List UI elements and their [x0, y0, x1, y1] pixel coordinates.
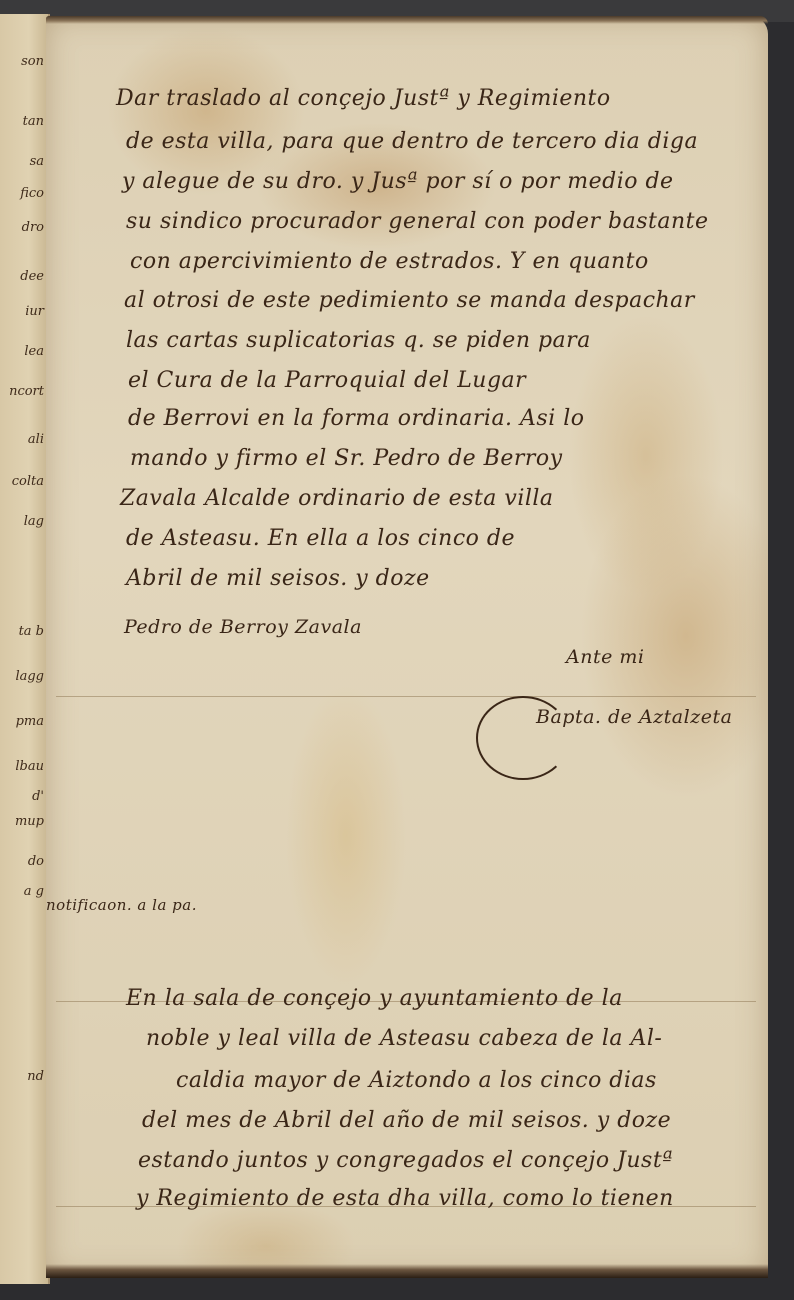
- margin-fragment: pma: [0, 714, 48, 729]
- margin-fragment: ali: [0, 432, 48, 447]
- margin-note: notificaon. a la pa.: [46, 896, 197, 914]
- text-line: y Regimiento de esta dha villa, como lo …: [136, 1186, 674, 1211]
- document-viewer: son tan sa fico dro dee iur lea ncort al…: [0, 0, 794, 1300]
- text-line: de Asteasu. En ella a los cinco de: [126, 526, 515, 551]
- margin-fragment: lagg: [0, 669, 48, 684]
- signature-flourish: [476, 696, 570, 780]
- margin-fragment: fico: [0, 186, 48, 201]
- text-line: caldia mayor de Aiztondo a los cinco dia…: [176, 1068, 657, 1093]
- text-line: el Cura de la Parroquial del Lugar: [128, 368, 526, 393]
- text-line: Abril de mil seisos. y doze: [126, 566, 430, 591]
- margin-fragment: nd: [0, 1069, 48, 1084]
- margin-fragment: dro: [0, 220, 48, 235]
- text-line: Dar traslado al conçejo Justª y Regimien…: [116, 86, 611, 111]
- facing-page-edge: son tan sa fico dro dee iur lea ncort al…: [0, 14, 50, 1284]
- margin-fragment: do: [0, 854, 48, 869]
- margin-fragment: lea: [0, 344, 48, 359]
- text-line: Zavala Alcalde ordinario de esta villa: [120, 486, 554, 511]
- margin-fragment: ta b: [0, 624, 48, 639]
- text-line: con apercivimiento de estrados. Y en qua…: [130, 249, 649, 274]
- margin-fragment: ncort: [0, 384, 48, 399]
- text-line: mando y firmo el Sr. Pedro de Berroy: [130, 446, 563, 471]
- margin-fragment: son: [0, 54, 48, 69]
- page-bottom-edge: [46, 1264, 768, 1278]
- text-line: del mes de Abril del año de mil seisos. …: [142, 1108, 671, 1133]
- signature-ante-mi: Ante mi: [566, 646, 644, 668]
- margin-fragment: lag: [0, 514, 48, 529]
- margin-fragment: sa: [0, 154, 48, 169]
- margin-fragment: d': [0, 789, 48, 804]
- text-line: de Berrovi en la forma ordinaria. Asi lo: [128, 406, 585, 431]
- margin-fragment: tan: [0, 114, 48, 129]
- text-line: y alegue de su dro. y Jusª por sí o por …: [122, 169, 674, 194]
- text-line: estando juntos y congregados el conçejo …: [138, 1148, 673, 1173]
- text-line: noble y leal villa de Asteasu cabeza de …: [146, 1026, 662, 1051]
- margin-fragment: iur: [0, 304, 48, 319]
- margin-fragment: lbau: [0, 759, 48, 774]
- margin-fragment: mup: [0, 814, 48, 829]
- signature-alcalde: Pedro de Berroy Zavala: [124, 616, 362, 638]
- text-line: de esta villa, para que dentro de tercer…: [126, 129, 698, 154]
- text-line: su sindico procurador general con poder …: [126, 209, 709, 234]
- margin-fragment: colta: [0, 474, 48, 489]
- fold-crease: [56, 696, 756, 697]
- page-top-edge: [46, 16, 768, 24]
- text-line: al otrosi de este pedimiento se manda de…: [124, 288, 695, 313]
- margin-fragment: dee: [0, 269, 48, 284]
- text-line: las cartas suplicatorias q. se piden par…: [126, 328, 591, 353]
- manuscript-page: Dar traslado al conçejo Justª y Regimien…: [46, 16, 768, 1278]
- margin-fragment: a g: [0, 884, 48, 899]
- text-line: En la sala de conçejo y ayuntamiento de …: [126, 986, 623, 1011]
